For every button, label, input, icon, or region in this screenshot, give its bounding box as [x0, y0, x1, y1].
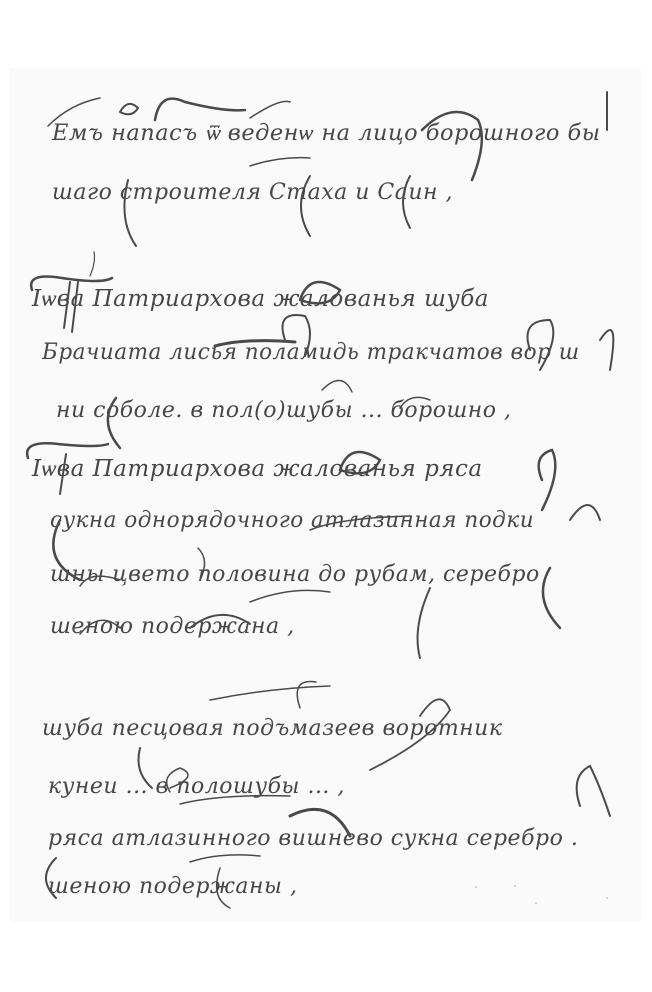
manuscript-line: Іѡва Патриархова жалованья ряса — [32, 456, 483, 482]
scan-speck — [535, 902, 537, 904]
manuscript-line: кунеи ... в полошубы ... , — [48, 774, 345, 799]
manuscript-line: Іѡва Патриархова жалованья шуба — [32, 286, 489, 312]
manuscript-line: Емъ напасъ ѿ веденѡ на лицо борошного бы — [52, 120, 600, 146]
scan-speck — [475, 886, 477, 888]
manuscript-line: шаго строителя Стаха и Саин , — [52, 180, 453, 205]
manuscript-line: Брачиата лисья поламидь тракчатов вор ш — [42, 340, 580, 365]
scan-speck — [606, 897, 608, 899]
manuscript-sheet: Емъ напасъ ѿ веденѡ на лицо борошного бы… — [10, 68, 641, 922]
manuscript-line: ряса атлазинного вишнево сукна серебро . — [48, 826, 578, 851]
manuscript-line: шеною подержаны , — [48, 874, 297, 899]
scan-speck — [514, 885, 516, 887]
manuscript-line: шуба песцовая подъмазеев воротник — [42, 716, 502, 741]
manuscript-line: шеною подержана , — [50, 614, 295, 639]
manuscript-line: шны цвето половина до рубам, серебро — [50, 562, 540, 587]
manuscript-line: ни соболе. в пол(о)шубы ... борошно , — [56, 398, 512, 423]
manuscript-line: сукна однорядочного атлазинная подки — [50, 508, 534, 533]
